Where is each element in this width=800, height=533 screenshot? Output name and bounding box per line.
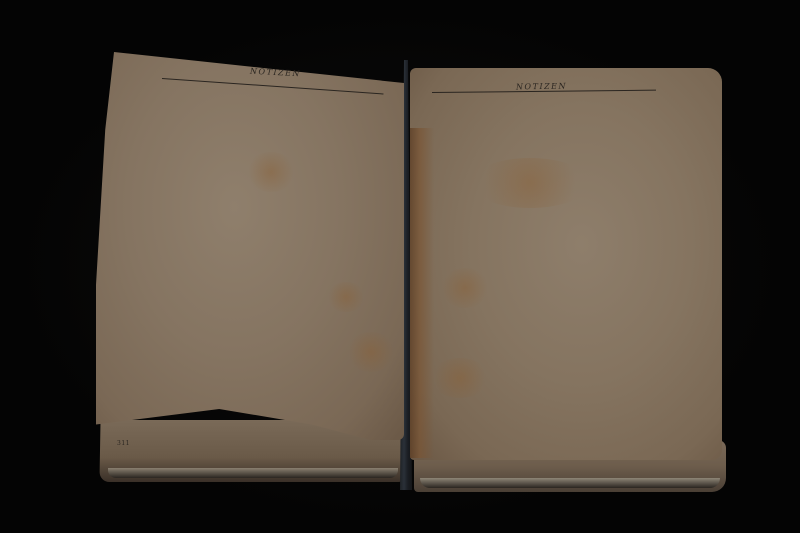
header-rule [432, 90, 656, 93]
stain [430, 358, 490, 398]
page-number: 311 [117, 440, 130, 447]
left-page [96, 52, 404, 440]
right-page [410, 68, 722, 460]
stain [246, 152, 296, 192]
stain [440, 268, 490, 308]
right-cover-edge [420, 478, 720, 488]
stain [346, 332, 396, 372]
header-rule [162, 78, 384, 94]
right-page-header: NOTIZEN [432, 78, 658, 98]
left-header-text: NOTIZEN [250, 67, 301, 79]
stain [326, 282, 366, 312]
left-page-header: NOTIZEN [160, 64, 380, 94]
stain [470, 158, 590, 208]
left-cover-edge [108, 468, 398, 478]
